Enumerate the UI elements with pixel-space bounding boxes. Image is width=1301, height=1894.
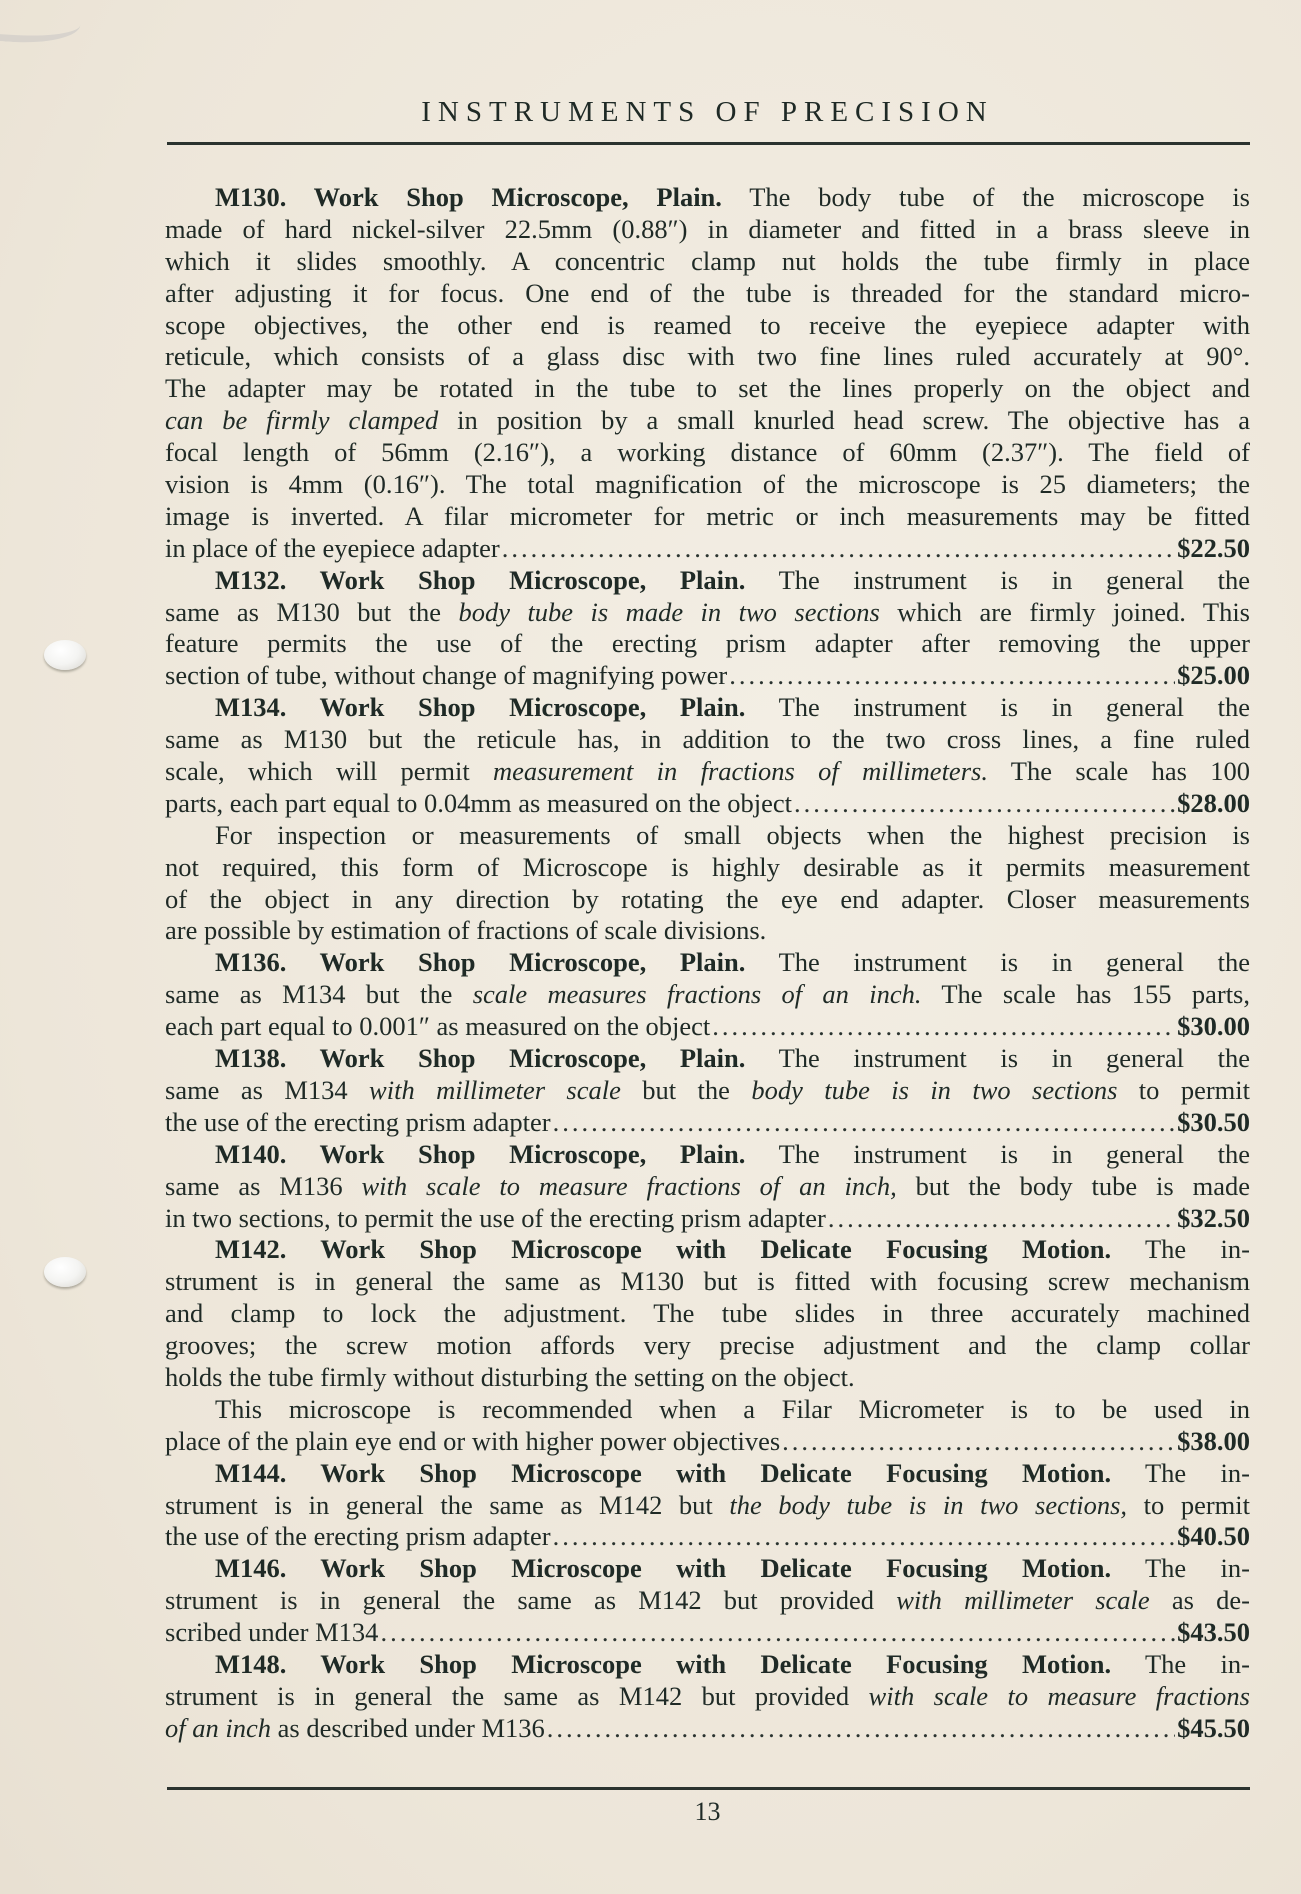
- body-text: but the: [621, 1075, 751, 1105]
- item-heading: M148. Work Shop Microscope with Delicate…: [215, 1649, 1111, 1679]
- body-text: image is inverted. A filar micrometer fo…: [165, 501, 1250, 531]
- body-text: strument is in general the same as M130 …: [165, 1266, 1250, 1296]
- emphasis-text: with millimeter scale: [369, 1075, 621, 1105]
- body-text: scale, which will permit: [165, 756, 493, 786]
- paper-scratch-mark: [0, 0, 82, 47]
- body-text: The instrument is in general the: [745, 692, 1250, 722]
- body-text: reticule, which consists of a glass disc…: [165, 341, 1250, 371]
- body-text: The in-: [1111, 1234, 1250, 1264]
- text-line: after adjusting it for focus. One end of…: [165, 278, 1250, 310]
- dot-leader: ........................................…: [502, 533, 1175, 565]
- price: $32.50: [1177, 1203, 1250, 1235]
- body-text: of the object in any direction by rotati…: [165, 884, 1250, 914]
- text-line: feature permits the use of the erecting …: [165, 628, 1250, 660]
- body-text: as de-: [1150, 1585, 1250, 1615]
- body-text: to permit: [1127, 1490, 1250, 1520]
- body-text: the use of the erecting prism adapter: [165, 1521, 551, 1551]
- text-line: strument is in general the same as M130 …: [165, 1266, 1250, 1298]
- emphasis-text: scale measures fractions of an inch.: [473, 979, 922, 1009]
- price-line-text: place of the plain eye end or with highe…: [165, 1426, 780, 1458]
- body-text: holds the tube firmly without disturbing…: [165, 1362, 855, 1392]
- text-line: vision is 4mm (0.16″). The total magnifi…: [165, 469, 1250, 501]
- price-line: place of the plain eye end or with highe…: [165, 1426, 1250, 1458]
- price-line: in two sections, to permit the use of th…: [165, 1203, 1250, 1235]
- text-line: image is inverted. A filar micrometer fo…: [165, 501, 1250, 533]
- body-text: same as M136: [165, 1171, 361, 1201]
- dot-leader: ........................................…: [380, 1617, 1175, 1649]
- price-line: of an inch as described under M136......…: [165, 1713, 1250, 1745]
- page-number: 13: [165, 1797, 1250, 1827]
- price: $45.50: [1177, 1713, 1250, 1745]
- text-line: scope objectives, the other end is reame…: [165, 310, 1250, 342]
- body-text: feature permits the use of the erecting …: [165, 628, 1250, 658]
- emphasis-text: body tube is in two sections: [751, 1075, 1117, 1105]
- dot-leader: ........................................…: [553, 1107, 1176, 1139]
- text-line: same as M136 with scale to measure fract…: [165, 1171, 1250, 1203]
- price-line: in place of the eyepiece adapter........…: [165, 533, 1250, 565]
- emphasis-text: can be firmly clamped: [165, 405, 438, 435]
- price-line: the use of the erecting prism adapter...…: [165, 1107, 1250, 1139]
- text-line: not required, this form of Microscope is…: [165, 852, 1250, 884]
- item-heading: M140. Work Shop Microscope, Plain.: [215, 1139, 745, 1169]
- item-heading: M138. Work Shop Microscope, Plain.: [215, 1043, 745, 1073]
- price-line: parts, each part equal to 0.04mm as meas…: [165, 788, 1250, 820]
- body-text: not required, this form of Microscope is…: [165, 852, 1250, 882]
- item-heading: M146. Work Shop Microscope with Delicate…: [215, 1553, 1111, 1583]
- price: $40.50: [1177, 1521, 1250, 1553]
- item-heading: M132. Work Shop Microscope, Plain.: [215, 565, 745, 595]
- text-line: same as M130 but the body tube is made i…: [165, 597, 1250, 629]
- text-line: of the object in any direction by rotati…: [165, 884, 1250, 916]
- text-line: M142. Work Shop Microscope with Delicate…: [165, 1234, 1250, 1266]
- text-line: can be firmly clamped in position by a s…: [165, 405, 1250, 437]
- text-line: M138. Work Shop Microscope, Plain. The i…: [165, 1043, 1250, 1075]
- text-line: M134. Work Shop Microscope, Plain. The i…: [165, 692, 1250, 724]
- dot-leader: ........................................…: [782, 1426, 1175, 1458]
- footer-rule: [167, 1787, 1250, 1790]
- body-text: same as M130 but the: [165, 597, 458, 627]
- body-text: The instrument is in general the: [745, 565, 1250, 595]
- body-text: same as M134 but the: [165, 979, 473, 1009]
- text-line: M132. Work Shop Microscope, Plain. The i…: [165, 565, 1250, 597]
- text-line: strument is in general the same as M142 …: [165, 1681, 1250, 1713]
- text-line: strument is in general the same as M142 …: [165, 1585, 1250, 1617]
- text-line: reticule, which consists of a glass disc…: [165, 341, 1250, 373]
- body-text: strument is in general the same as M142 …: [165, 1681, 869, 1711]
- text-line: focal length of 56mm (2.16″), a working …: [165, 437, 1250, 469]
- body-text: scope objectives, the other end is reame…: [165, 310, 1250, 340]
- body-text: The in-: [1111, 1458, 1250, 1488]
- emphasis-text: with scale to measure fractions: [869, 1681, 1250, 1711]
- body-text: The in-: [1111, 1553, 1250, 1583]
- item-heading: M142. Work Shop Microscope with Delicate…: [215, 1234, 1111, 1264]
- emphasis-text: the body tube is in two sections,: [729, 1490, 1127, 1520]
- body-text: which are firmly joined. This: [880, 597, 1250, 627]
- text-line: M146. Work Shop Microscope with Delicate…: [165, 1553, 1250, 1585]
- body-text: the use of the erecting prism adapter: [165, 1107, 551, 1137]
- body-text: The instrument is in general the: [745, 1139, 1250, 1169]
- body-text: strument is in general the same as M142 …: [165, 1490, 729, 1520]
- text-line: and clamp to lock the adjustment. The tu…: [165, 1298, 1250, 1330]
- body-text: as described under M136: [271, 1713, 545, 1743]
- dot-leader: ........................................…: [712, 1011, 1175, 1043]
- text-line: M130. Work Shop Microscope, Plain. The b…: [165, 182, 1250, 214]
- catalog-body-text: M130. Work Shop Microscope, Plain. The b…: [165, 182, 1250, 1745]
- dot-leader: ........................................…: [553, 1521, 1176, 1553]
- price-line: each part equal to 0.001″ as measured on…: [165, 1011, 1250, 1043]
- body-text: The in-: [1111, 1649, 1250, 1679]
- text-line: scale, which will permit measurement in …: [165, 756, 1250, 788]
- price: $25.00: [1177, 660, 1250, 692]
- body-text: parts, each part equal to 0.04mm as meas…: [165, 788, 792, 818]
- body-text: after adjusting it for focus. One end of…: [165, 278, 1250, 308]
- price-line-text: scribed under M134: [165, 1617, 378, 1649]
- price: $22.50: [1177, 533, 1250, 565]
- body-text: focal length of 56mm (2.16″), a working …: [165, 437, 1250, 467]
- price-line-text: each part equal to 0.001″ as measured on…: [165, 1011, 710, 1043]
- body-text: grooves; the screw motion affords very p…: [165, 1330, 1250, 1360]
- body-text: strument is in general the same as M142 …: [165, 1585, 896, 1615]
- body-text: to permit: [1117, 1075, 1250, 1105]
- body-text: The scale has 100: [988, 756, 1250, 786]
- price: $38.00: [1177, 1426, 1250, 1458]
- body-text: same as M134: [165, 1075, 369, 1105]
- body-text: in position by a small knurled head scre…: [438, 405, 1250, 435]
- price: $28.00: [1177, 788, 1250, 820]
- body-text: The body tube of the microscope is: [722, 182, 1250, 212]
- price-line-text: the use of the erecting prism adapter: [165, 1107, 551, 1139]
- text-line: For inspection or measurements of small …: [165, 820, 1250, 852]
- body-text: This microscope is recommended when a Fi…: [215, 1394, 1250, 1424]
- price-line: section of tube, without change of magni…: [165, 660, 1250, 692]
- item-heading: M130. Work Shop Microscope, Plain.: [215, 182, 722, 212]
- running-head: INSTRUMENTS OF PRECISION: [165, 96, 1250, 129]
- body-text: The adapter may be rotated in the tube t…: [165, 373, 1250, 403]
- punch-hole-icon: [44, 1257, 86, 1287]
- price-line-text: in place of the eyepiece adapter: [165, 533, 500, 565]
- emphasis-text: of an inch: [165, 1713, 271, 1743]
- text-line: made of hard nickel-silver 22.5mm (0.88″…: [165, 214, 1250, 246]
- body-text: scribed under M134: [165, 1617, 378, 1647]
- body-text: are possible by estimation of fractions …: [165, 915, 766, 945]
- emphasis-text: body tube is made in two sections: [458, 597, 879, 627]
- text-line: M144. Work Shop Microscope with Delicate…: [165, 1458, 1250, 1490]
- text-line: grooves; the screw motion affords very p…: [165, 1330, 1250, 1362]
- item-heading: M144. Work Shop Microscope with Delicate…: [215, 1458, 1111, 1488]
- item-heading: M134. Work Shop Microscope, Plain.: [215, 692, 745, 722]
- body-text: vision is 4mm (0.16″). The total magnifi…: [165, 469, 1250, 499]
- dot-leader: ........................................…: [794, 788, 1175, 820]
- body-text: For inspection or measurements of small …: [215, 820, 1250, 850]
- text-line: strument is in general the same as M142 …: [165, 1490, 1250, 1522]
- body-text: in place of the eyepiece adapter: [165, 533, 500, 563]
- text-line: This microscope is recommended when a Fi…: [165, 1394, 1250, 1426]
- price-line-text: in two sections, to permit the use of th…: [165, 1203, 826, 1235]
- body-text: same as M130 but the reticule has, in ad…: [165, 724, 1250, 754]
- body-text: The instrument is in general the: [745, 1043, 1250, 1073]
- text-line: which it slides smoothly. A concentric c…: [165, 246, 1250, 278]
- item-heading: M136. Work Shop Microscope, Plain.: [215, 947, 745, 977]
- price: $43.50: [1177, 1617, 1250, 1649]
- body-text: made of hard nickel-silver 22.5mm (0.88″…: [165, 214, 1250, 244]
- text-line: M136. Work Shop Microscope, Plain. The i…: [165, 947, 1250, 979]
- body-text: place of the plain eye end or with highe…: [165, 1426, 780, 1456]
- text-line: are possible by estimation of fractions …: [165, 915, 1250, 947]
- header-rule: [167, 142, 1250, 145]
- dot-leader: ........................................…: [828, 1203, 1175, 1235]
- text-line: The adapter may be rotated in the tube t…: [165, 373, 1250, 405]
- text-line: M148. Work Shop Microscope with Delicate…: [165, 1649, 1250, 1681]
- text-line: same as M130 but the reticule has, in ad…: [165, 724, 1250, 756]
- text-line: M140. Work Shop Microscope, Plain. The i…: [165, 1139, 1250, 1171]
- price-line-text: section of tube, without change of magni…: [165, 660, 727, 692]
- body-text: each part equal to 0.001″ as measured on…: [165, 1011, 710, 1041]
- dot-leader: ........................................…: [547, 1713, 1175, 1745]
- body-text: section of tube, without change of magni…: [165, 660, 727, 690]
- price-line-text: of an inch as described under M136: [165, 1713, 545, 1745]
- dot-leader: ........................................…: [729, 660, 1175, 692]
- punch-hole-icon: [44, 640, 86, 670]
- emphasis-text: with scale to measure fractions of an in…: [361, 1171, 896, 1201]
- body-text: which it slides smoothly. A concentric c…: [165, 246, 1250, 276]
- price: $30.50: [1177, 1107, 1250, 1139]
- text-line: same as M134 but the scale measures frac…: [165, 979, 1250, 1011]
- price: $30.00: [1177, 1011, 1250, 1043]
- emphasis-text: measurement in fractions of millimeters.: [493, 756, 988, 786]
- text-line: holds the tube firmly without disturbing…: [165, 1362, 1250, 1394]
- price-line: scribed under M134......................…: [165, 1617, 1250, 1649]
- emphasis-text: with millimeter scale: [896, 1585, 1149, 1615]
- body-text: but the body tube is made: [897, 1171, 1250, 1201]
- price-line-text: the use of the erecting prism adapter: [165, 1521, 551, 1553]
- body-text: The instrument is in general the: [745, 947, 1250, 977]
- text-line: same as M134 with millimeter scale but t…: [165, 1075, 1250, 1107]
- body-text: The scale has 155 parts,: [921, 979, 1250, 1009]
- body-text: and clamp to lock the adjustment. The tu…: [165, 1298, 1250, 1328]
- body-text: in two sections, to permit the use of th…: [165, 1203, 826, 1233]
- price-line: the use of the erecting prism adapter...…: [165, 1521, 1250, 1553]
- price-line-text: parts, each part equal to 0.04mm as meas…: [165, 788, 792, 820]
